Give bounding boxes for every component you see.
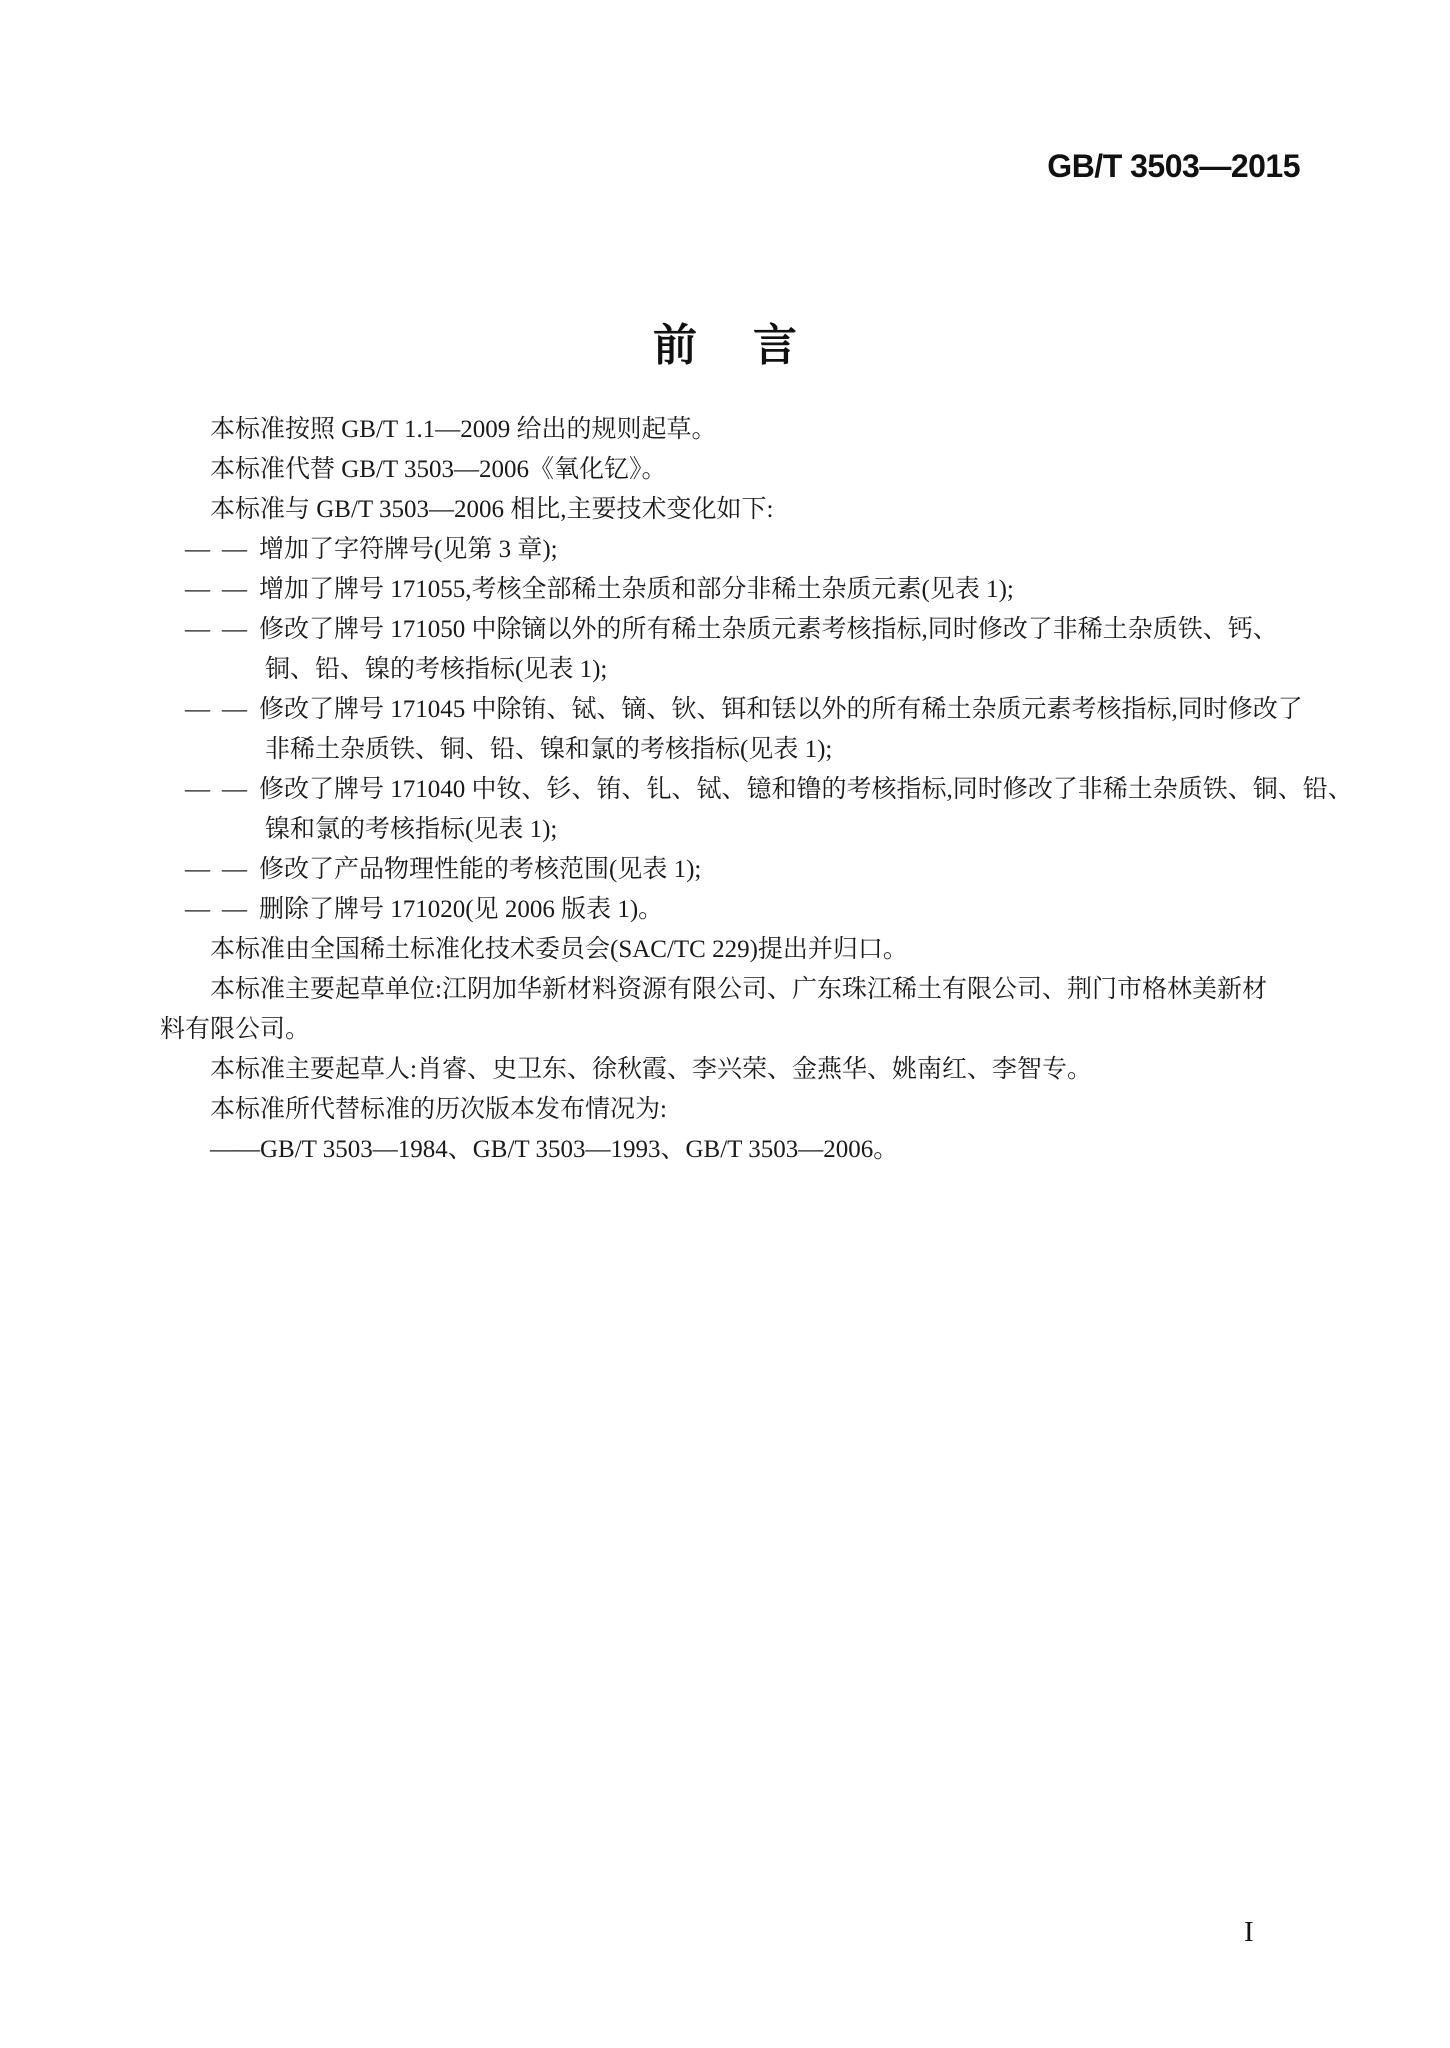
change-list-item-text: 修改了牌号 171040 中钕、钐、铕、钆、铽、镱和镥的考核指标,同时修改了非稀… [259,776,1353,843]
change-list-item-text: 修改了产品物理性能的考核范围(见表 1); [259,856,701,883]
change-list-item: ——修改了产品物理性能的考核范围(见表 1); [160,850,1420,890]
list-dash: —— [185,536,259,563]
foreword-body: 本标准按照 GB/T 1.1—2009 给出的规则起草。 本标准代替 GB/T … [160,410,1420,1170]
change-list-item-text: 增加了字符牌号(见第 3 章); [259,536,558,563]
change-list-item: ——修改了牌号 171045 中除铕、铽、镝、钬、铒和铥以外的所有稀土杂质元素考… [160,690,1420,770]
foreword-paragraph: 本标准所代替标准的历次版本发布情况为: [160,1090,1420,1130]
foreword-paragraph: 本标准主要起草单位:江阴加华新材料资源有限公司、广东珠江稀土有限公司、荆门市格林… [160,970,1420,1050]
change-list-item-text: 修改了牌号 171045 中除铕、铽、镝、钬、铒和铥以外的所有稀土杂质元素考核指… [259,696,1303,763]
list-dash: —— [185,776,259,803]
change-list-item-text: 增加了牌号 171055,考核全部稀土杂质和部分非稀土杂质元素(见表 1); [259,576,1014,603]
standard-document-page: GB/T 3503—2015 前言 本标准按照 GB/T 1.1—2009 给出… [0,0,1450,2048]
foreword-paragraph: 本标准与 GB/T 3503—2006 相比,主要技术变化如下: [160,490,1420,530]
change-list-item: ——删除了牌号 171020(见 2006 版表 1)。 [160,890,1420,930]
foreword-paragraph: 本标准由全国稀土标准化技术委员会(SAC/TC 229)提出并归口。 [160,930,1420,970]
change-list-item: ——增加了牌号 171055,考核全部稀土杂质和部分非稀土杂质元素(见表 1); [160,570,1420,610]
list-dash: —— [185,696,259,723]
list-dash: —— [185,616,259,643]
change-list-item-text: 修改了牌号 171050 中除镝以外的所有稀土杂质元素考核指标,同时修改了非稀土… [259,616,1278,683]
previous-editions-item: ——GB/T 3503—1984、GB/T 3503—1993、GB/T 350… [160,1130,1420,1170]
document-code: GB/T 3503—2015 [1047,148,1300,185]
change-list-item: ——修改了牌号 171050 中除镝以外的所有稀土杂质元素考核指标,同时修改了非… [160,610,1420,690]
page-number: I [1244,1916,1254,1949]
change-list-item-text: 删除了牌号 171020(见 2006 版表 1)。 [259,896,663,923]
change-list-item: ——增加了字符牌号(见第 3 章); [160,530,1420,570]
foreword-paragraph: 本标准主要起草人:肖睿、史卫东、徐秋霞、李兴荣、金燕华、姚南红、李智专。 [160,1050,1420,1090]
list-dash: —— [185,576,259,603]
change-list-item: ——修改了牌号 171040 中钕、钐、铕、钆、铽、镱和镥的考核指标,同时修改了… [160,770,1420,850]
list-dash: —— [185,896,259,923]
foreword-paragraph: 本标准代替 GB/T 3503—2006《氧化钇》。 [160,450,1420,490]
foreword-paragraph: 本标准按照 GB/T 1.1—2009 给出的规则起草。 [160,410,1420,450]
foreword-title: 前言 [0,309,1450,373]
list-dash: —— [185,856,259,883]
